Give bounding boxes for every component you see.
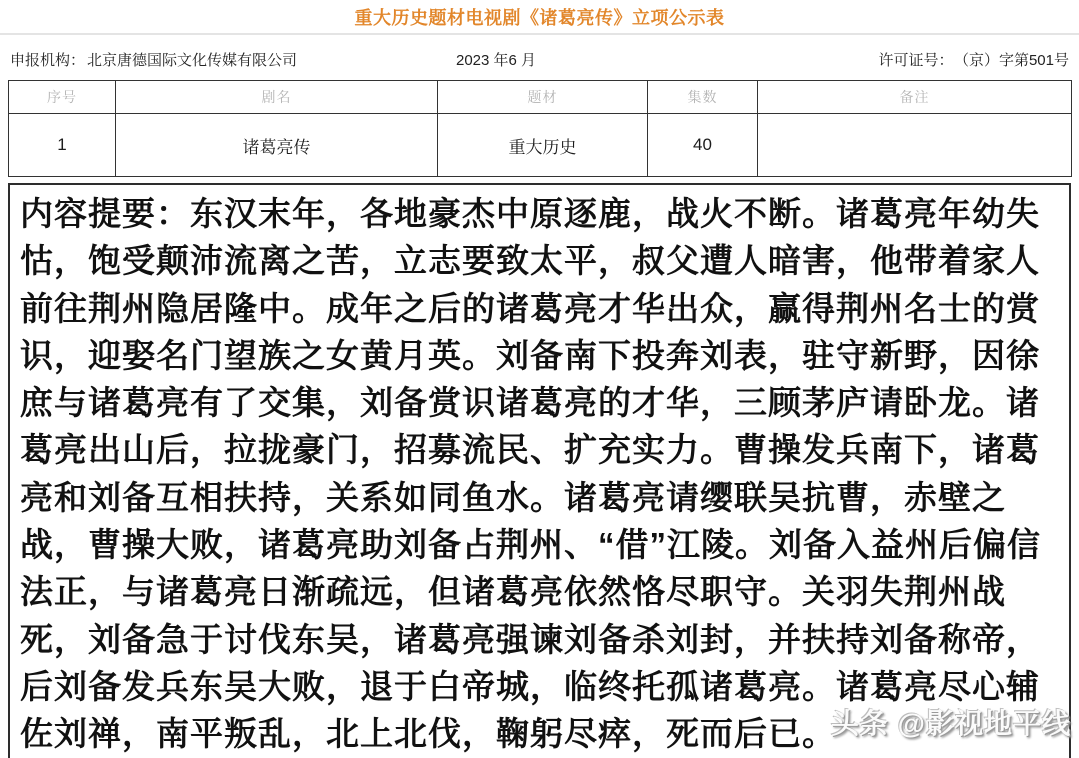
applicant-label: 申报机构：	[10, 52, 85, 69]
page-title: 重大历史题材电视剧《诸葛亮传》立项公示表	[0, 0, 1079, 33]
column-header-notes: 备注	[758, 81, 1072, 114]
content-summary-box: 内容提要：东汉末年，各地豪杰中原逐鹿，战火不断。诸葛亮年幼失 怙，饱受颠沛流离之…	[8, 183, 1071, 758]
column-header-index: 序号	[9, 81, 116, 114]
info-bar: 申报机构：北京唐德国际文化传媒有限公司 2023 年6 月 许可证号：（京）字第…	[8, 35, 1071, 80]
table-header-row: 序号 剧名 题材 集数 备注	[9, 81, 1072, 114]
license-number: （京）字第501号	[961, 52, 1069, 69]
project-table: 序号 剧名 题材 集数 备注 1 诸葛亮传 重大历史 40	[8, 80, 1072, 177]
column-header-title: 剧名	[116, 81, 438, 114]
applicant-field: 申报机构：北京唐德国际文化传媒有限公司	[10, 49, 297, 70]
cell-title: 诸葛亮传	[116, 114, 438, 177]
table-row: 1 诸葛亮传 重大历史 40	[9, 114, 1072, 177]
applicant-name: 北京唐德国际文化传媒有限公司	[87, 52, 297, 69]
column-header-genre: 题材	[438, 81, 648, 114]
cell-genre: 重大历史	[438, 114, 648, 177]
license-field: 许可证号：（京）字第501号	[878, 49, 1069, 70]
license-label: 许可证号：	[878, 52, 953, 69]
cell-notes	[758, 114, 1072, 177]
cell-episodes: 40	[648, 114, 758, 177]
column-header-episodes: 集数	[648, 81, 758, 114]
summary-text: 内容提要：东汉末年，各地豪杰中原逐鹿，战火不断。诸葛亮年幼失 怙，饱受颠沛流离之…	[20, 190, 1059, 758]
toutiao-watermark: 头条 @影视地平线	[831, 702, 1071, 742]
announcement-document: 重大历史题材电视剧《诸葛亮传》立项公示表 申报机构：北京唐德国际文化传媒有限公司…	[0, 0, 1079, 758]
date-field: 2023 年6 月	[456, 49, 536, 70]
cell-index: 1	[9, 114, 116, 177]
